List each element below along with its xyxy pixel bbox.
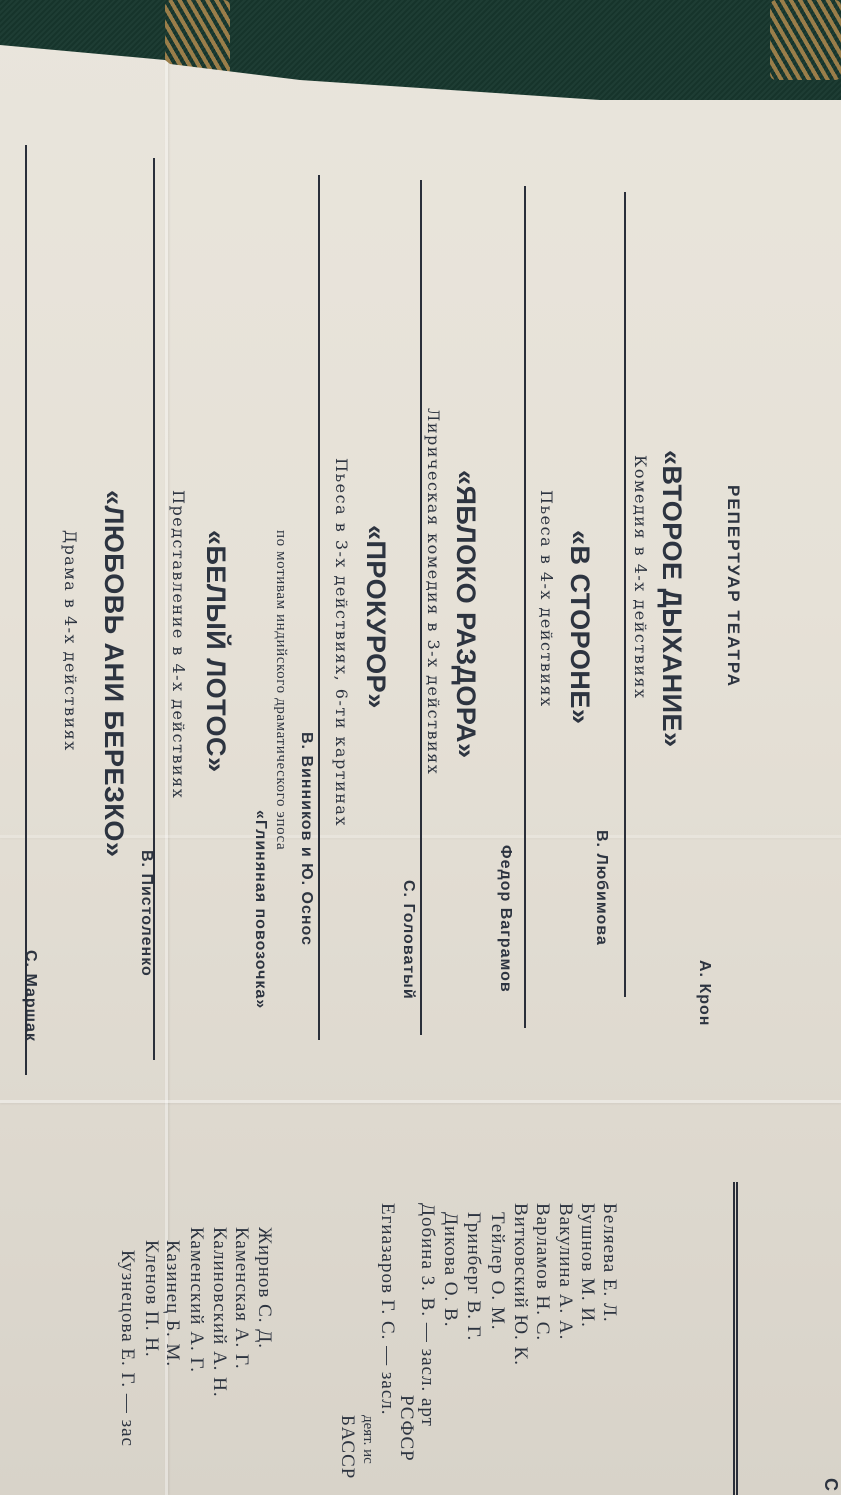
play-source-title: «Глиняная повозочка»: [252, 810, 268, 1009]
play-title: «В СТОРОНЕ»: [566, 530, 593, 724]
gold-embroidery-motif: [165, 0, 230, 75]
cast-note: БАССР: [338, 1415, 357, 1479]
cast-member: Вакулина А. А.: [556, 1203, 575, 1340]
cast-note: РСФСР: [397, 1395, 416, 1462]
play-source: по мотивам индийского драматического эпо…: [273, 530, 288, 850]
cast-member: Дикова О. В.: [441, 1212, 460, 1327]
cast-member: Жирнов С. Д.: [255, 1227, 274, 1349]
divider-rule: [318, 175, 320, 1040]
cast-heading-partial: С: [822, 1478, 840, 1492]
play-title: «ПРОКУРОР»: [362, 525, 389, 709]
play-genre: Драма в 4-х действиях: [62, 530, 78, 752]
cast-member: Каменский А. Г.: [187, 1227, 206, 1373]
cast-member: Калиновский А. Н.: [210, 1227, 229, 1398]
cast-member: Бушнов М. И.: [578, 1203, 597, 1328]
cast-member: Витковский Ю. К.: [511, 1203, 530, 1366]
cast-note: деят. ис: [360, 1415, 375, 1464]
play-genre: Пьеса в 4-х действиях: [538, 490, 554, 708]
cast-member: Кузнецова Е. Г. — зас: [118, 1250, 137, 1447]
divider-rule: [25, 145, 27, 1075]
play-title: «ЯБЛОКО РАЗДОРА»: [452, 470, 479, 759]
cast-member: Гринберг В. Г.: [464, 1212, 483, 1341]
cast-member: Добина З. В. — засл. арт: [418, 1203, 437, 1427]
cast-member: Варламов Н. С.: [533, 1203, 552, 1341]
divider-rule: [420, 180, 422, 1035]
play-genre: Пьеса в 3-х действиях, 6-ти картинах: [333, 458, 349, 827]
play-author: С. Головатый: [400, 880, 416, 1000]
cast-member: Тейлер О. М.: [488, 1212, 507, 1331]
divider-rule: [524, 186, 526, 1028]
paper-fold: [0, 1100, 841, 1103]
divider-rule: [624, 192, 626, 997]
cast-member: Каменская А. Г.: [232, 1227, 251, 1370]
play-title: «ВТОРОЕ ДЫХАНИЕ»: [658, 450, 685, 748]
play-author: В. Пистоленко: [138, 850, 154, 977]
play-author: А. Крон: [696, 960, 712, 1026]
cast-member: Казинец Б. М.: [163, 1240, 182, 1367]
play-author: В. Любимова: [593, 830, 609, 946]
play-author: Федор Ваграмов: [497, 845, 513, 993]
play-genre: Представление в 4-х действиях: [170, 490, 186, 799]
repertoire-header: РЕПЕРТУАР ТЕАТРА: [725, 485, 742, 688]
cast-member: Беляева Е. Л.: [600, 1203, 619, 1323]
playbill-sheet: РЕПЕРТУАР ТЕАТРА А. Крон «ВТОРОЕ ДЫХАНИЕ…: [0, 0, 841, 1495]
play-title: «ЛЮБОВЬ АНИ БЕРЕЗКО»: [100, 490, 127, 857]
cast-member: Егиазаров Г. С. — засл.: [378, 1203, 397, 1416]
gold-embroidery-motif: [770, 0, 841, 80]
cast-member: Кленов П. Н.: [142, 1240, 161, 1358]
play-author: В. Винников и Ю. Оснос: [298, 732, 314, 946]
play-genre: Лирическая комедия в 3-х действиях: [425, 408, 441, 775]
play-title: «БЕЛЫЙ ЛОТОС»: [202, 530, 229, 773]
play-genre: Комедия в 4-х действиях: [632, 455, 648, 700]
cast-double-rule: [733, 1182, 738, 1495]
